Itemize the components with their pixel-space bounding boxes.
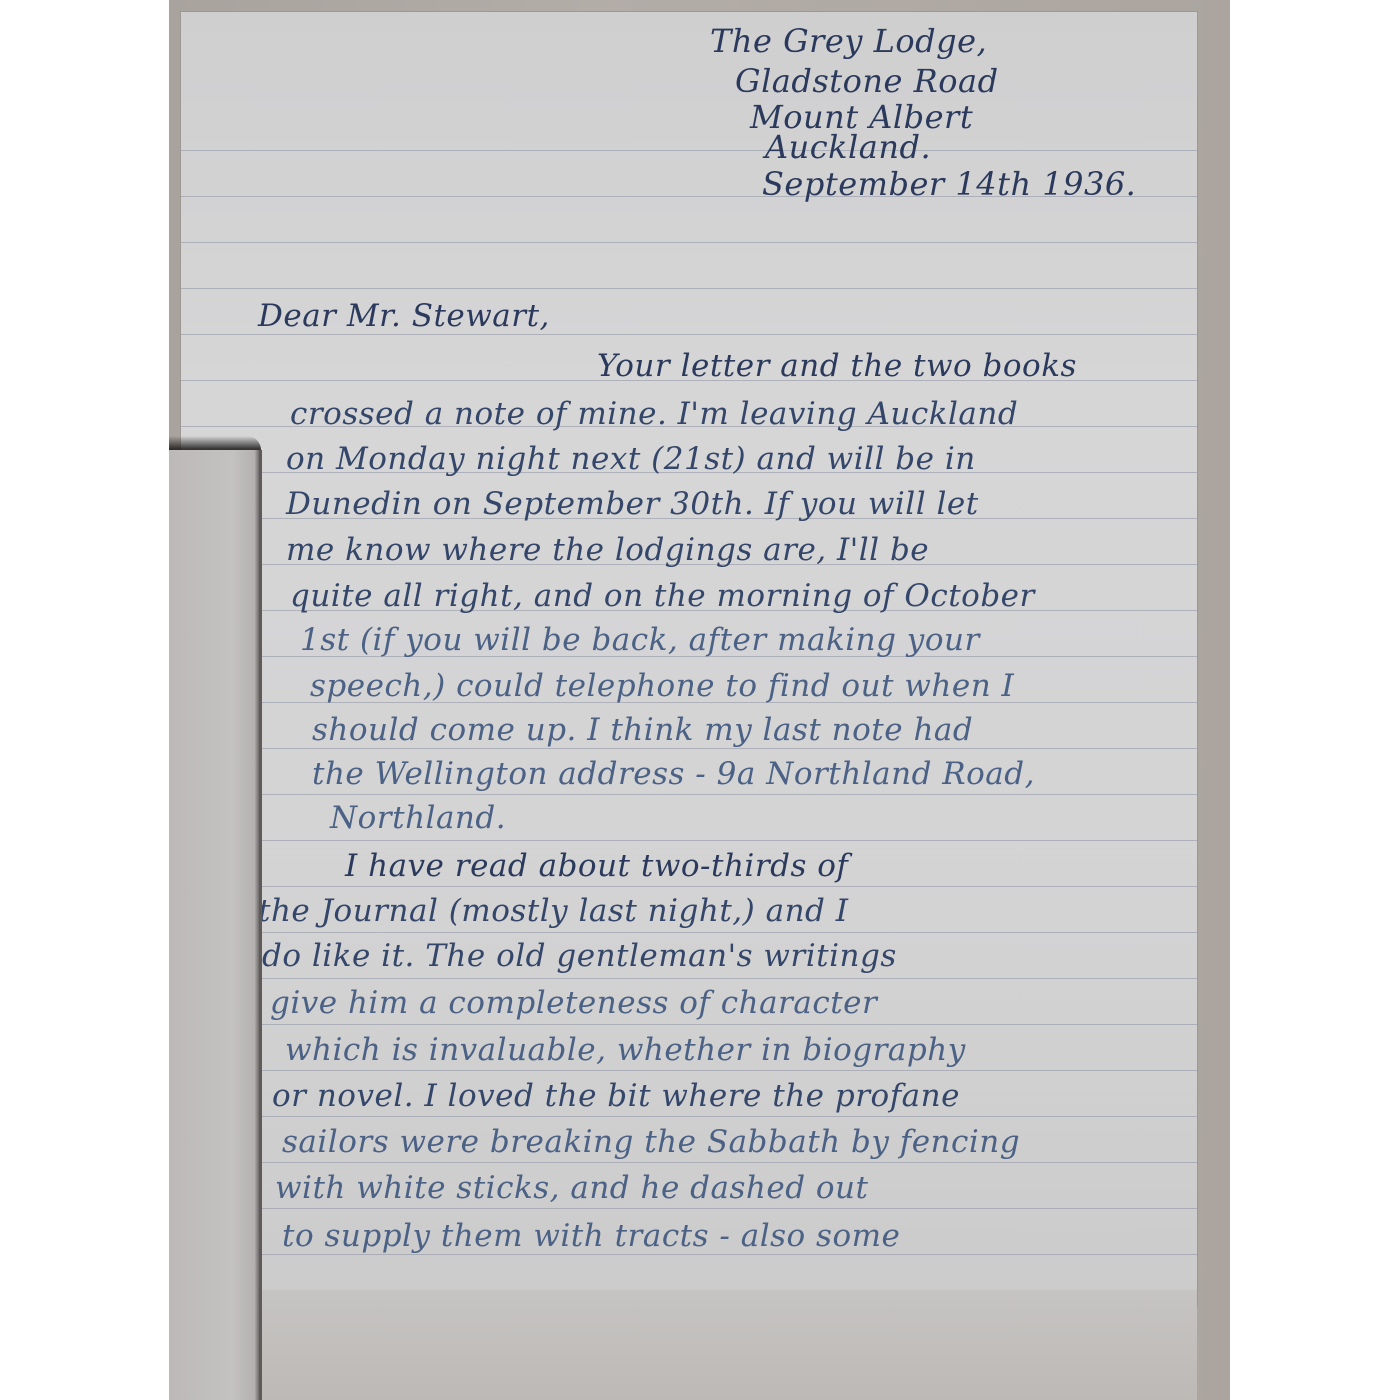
letter-date: September 14th 1936. [762,165,1136,203]
body-line-18: sailors were breaking the Sabbath by fen… [282,1124,1020,1160]
ruled-line [181,242,1197,243]
ruled-line [181,932,1197,933]
salutation: Dear Mr. Stewart, [258,298,550,334]
body-line-11: Northland. [330,800,506,836]
body-line-4: Dunedin on September 30th. If you will l… [286,486,979,522]
ruled-line [181,1162,1197,1163]
ruled-line [181,288,1197,289]
body-line-16: which is invaluable, whether in biograph… [285,1032,966,1068]
body-line-12: I have read about two-thirds of [345,848,848,884]
ruled-line [181,334,1197,335]
book-page-edge [169,450,262,1400]
body-line-20: to supply them with tracts - also some [282,1218,900,1254]
letter-page-lower-margin [181,1290,1197,1400]
body-line-6: quite all right, and on the morning of O… [290,578,1035,614]
ruled-line [181,1024,1197,1025]
body-line-8: speech,) could telephone to find out whe… [310,668,1014,704]
body-line-13: the Journal (mostly last night,) and I [258,893,848,929]
body-line-10: the Wellington address - 9a Northland Ro… [312,756,1035,792]
ruled-line [181,1070,1197,1071]
ruled-line [181,840,1197,841]
body-line-2: crossed a note of mine. I'm leaving Auck… [290,396,1018,432]
ruled-line [181,978,1197,979]
body-line-1: Your letter and the two books [597,348,1077,384]
body-line-9: should come up. I think my last note had [312,712,973,748]
address-line-1: The Grey Lodge, [710,22,987,60]
ruled-line [181,794,1197,795]
ruled-line [181,150,1197,151]
body-line-17: or novel. I loved the bit where the prof… [272,1078,960,1114]
address-line-2: Gladstone Road [735,62,999,100]
ruled-line [181,748,1197,749]
ruled-line [181,1208,1197,1209]
ruled-line [181,1254,1197,1255]
address-line-4: Auckland. [765,128,931,166]
body-line-3: on Monday night next (21st) and will be … [286,441,976,477]
body-line-19: with white sticks, and he dashed out [275,1170,868,1206]
body-line-15: give him a completeness of character [270,985,877,1021]
body-line-7: 1st (if you will be back, after making y… [300,622,980,658]
ruled-line [181,886,1197,887]
ruled-line [181,1116,1197,1117]
body-line-5: me know where the lodgings are, I'll be [286,532,929,568]
body-line-14: do like it. The old gentleman's writings [262,938,897,974]
